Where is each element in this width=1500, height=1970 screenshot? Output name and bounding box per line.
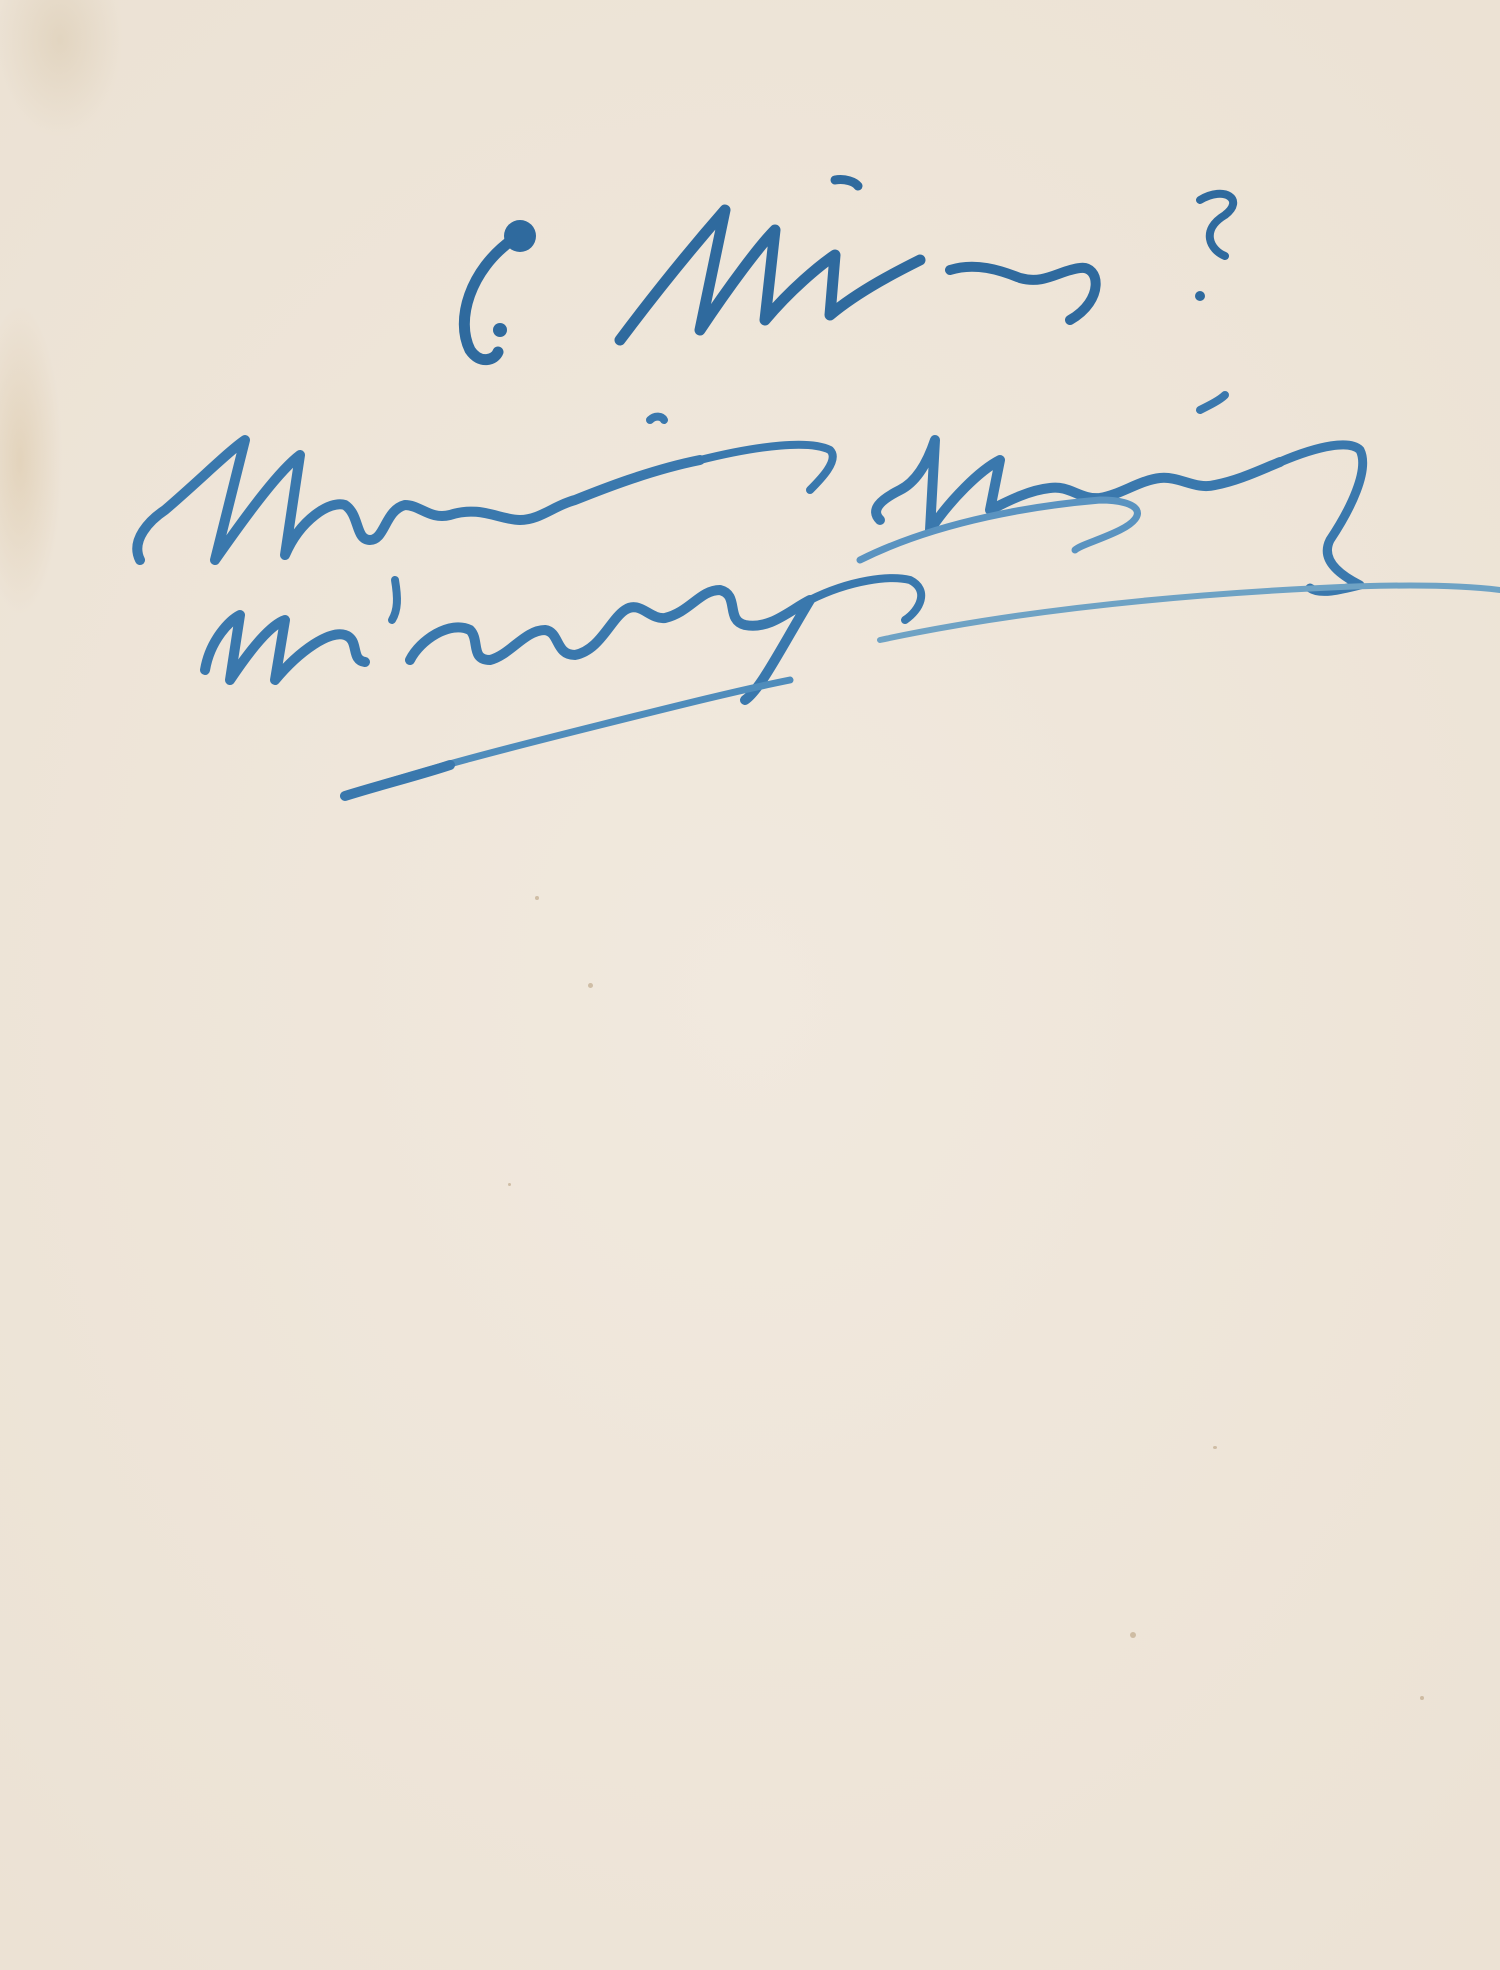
handwriting	[0, 0, 1500, 1970]
signature-e-muller	[464, 179, 1233, 359]
underline-flourish	[345, 586, 1500, 796]
line-menvoyer	[205, 500, 1137, 700]
paper-sheet: E. Muller. Monsieur Veuillez m'envoyer	[0, 0, 1500, 1970]
line-monsieur-veuillez	[137, 395, 1362, 591]
